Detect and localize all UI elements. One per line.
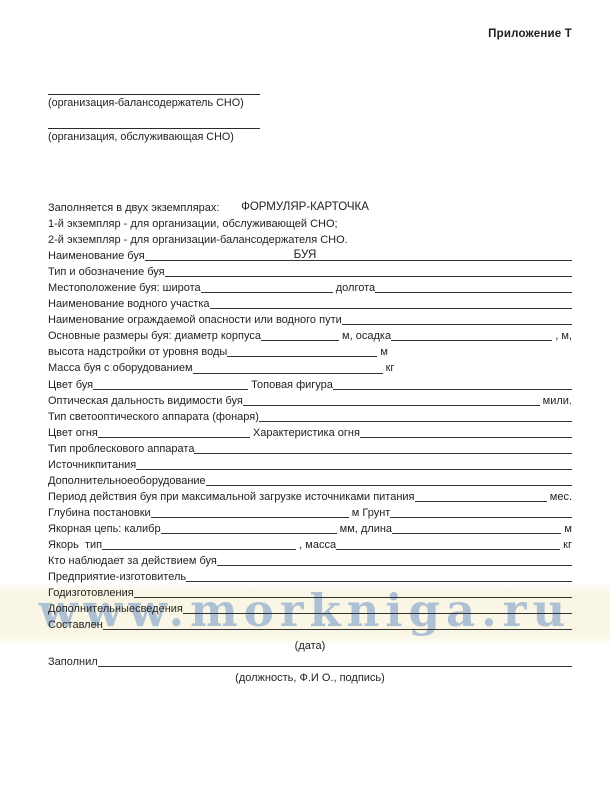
form-line: Якорная цепь: калибр мм, длина м <box>48 521 572 537</box>
form-line: 2-й экземпляр - для организации-балансод… <box>48 232 572 248</box>
organization-block: (организация-балансодержатель СНО) (орга… <box>48 94 260 162</box>
org-caption-servicing: (организация, обслуживающая СНО) <box>48 131 260 144</box>
form-line: высота надстройки от уровня воды м <box>48 344 572 360</box>
field-label: мили. <box>540 393 572 409</box>
form-line: 1-й экземпляр - для организации, обслужи… <box>48 216 572 232</box>
field-blank <box>390 507 572 518</box>
field-blank <box>375 282 572 293</box>
field-label: м <box>377 344 388 360</box>
form-line: Предприятие-изготовитель <box>48 569 572 585</box>
form-line: Глубина постановки м Грунт <box>48 505 572 521</box>
field-blank <box>201 282 333 293</box>
form-line: Наименование буя <box>48 248 572 264</box>
field-blank <box>151 507 349 518</box>
appendix-note: Приложение Т <box>488 28 572 40</box>
field-blank <box>392 523 561 534</box>
form-line: Оптическая дальность видимости буя мили. <box>48 393 572 409</box>
field-blank <box>217 555 572 566</box>
field-label: Топовая фигура <box>248 377 333 393</box>
field-label: кг <box>560 537 572 553</box>
field-blank <box>194 443 572 454</box>
field-blank <box>261 330 339 341</box>
form-line: Заполняется в двух экземплярах: <box>48 200 572 216</box>
form-line: Период действия буя при максимальной заг… <box>48 489 572 505</box>
field-label: Дополнительноеоборудование <box>48 473 206 489</box>
field-label: Глубина постановки <box>48 505 151 521</box>
org-caption-balance-holder: (организация-балансодержатель СНО) <box>48 97 260 110</box>
field-blank <box>136 459 572 470</box>
field-label: мес. <box>547 489 572 505</box>
field-blank <box>360 427 572 438</box>
field-label: Тип светооптического аппарата (фонаря) <box>48 409 259 425</box>
field-blank <box>259 411 572 422</box>
field-label: Наименование водного участка <box>48 296 210 312</box>
field-blank <box>186 571 572 582</box>
form-line: Основные размеры буя: диаметр корпуса м,… <box>48 328 572 344</box>
field-label: долгота <box>333 280 375 296</box>
field-blank <box>243 395 540 406</box>
field-label: Якорная цепь: калибр <box>48 521 161 537</box>
form-line: Наименование ограждаемой опасности или в… <box>48 312 572 328</box>
form-line: Кто наблюдает за действием буя <box>48 553 572 569</box>
field-label: м Грунт <box>349 505 391 521</box>
form-line: Годизготовления <box>48 585 572 601</box>
form-line: Масса буя с оборудованием кг <box>48 360 572 376</box>
form-line: Цвет огня Характеристика огня <box>48 425 572 441</box>
field-blank <box>134 587 572 598</box>
field-blank <box>102 539 296 550</box>
field-label: Составлен <box>48 617 103 633</box>
form-caption-line: (дата) <box>48 638 572 654</box>
field-label: 2-й экземпляр - для организации-балансод… <box>48 232 348 248</box>
field-label: кг <box>383 360 395 376</box>
form-line: Тип и обозначение буя <box>48 264 572 280</box>
field-blank <box>415 491 547 502</box>
field-blank <box>145 250 572 261</box>
field-label: Цвет огня <box>48 425 98 441</box>
field-blank <box>227 346 377 357</box>
field-blank <box>206 475 572 486</box>
field-blank <box>93 379 248 390</box>
field-label: (дата) <box>295 638 326 654</box>
field-label: Цвет буя <box>48 377 93 393</box>
form-line: Тип проблескового аппарата <box>48 441 572 457</box>
form-caption-line: (должность, Ф.И О., подпись) <box>48 670 572 686</box>
field-label: Источникпитания <box>48 457 136 473</box>
field-label: , масса <box>296 537 336 553</box>
field-blank <box>103 619 572 630</box>
field-label: Годизготовления <box>48 585 134 601</box>
field-label: , м, <box>552 328 572 344</box>
form-line: Наименование водного участка <box>48 296 572 312</box>
field-label: Оптическая дальность видимости буя <box>48 393 243 409</box>
form-body: Заполняется в двух экземплярах:1-й экзем… <box>48 200 572 686</box>
field-blank <box>98 656 572 667</box>
org-entry: (организация-балансодержатель СНО) <box>48 94 260 110</box>
field-label: высота надстройки от уровня воды <box>48 344 227 360</box>
field-blank <box>336 539 560 550</box>
field-blank <box>391 330 552 341</box>
field-label: Период действия буя при максимальной заг… <box>48 489 415 505</box>
field-blank <box>333 379 572 390</box>
field-label: Масса буя с оборудованием <box>48 360 193 376</box>
field-label: Дополнительныесведения <box>48 601 183 617</box>
field-blank <box>342 314 572 325</box>
field-label: Наименование ограждаемой опасности или в… <box>48 312 342 328</box>
field-label: Предприятие-изготовитель <box>48 569 186 585</box>
org-entry: (организация, обслуживающая СНО) <box>48 128 260 144</box>
form-line: Дополнительныесведения <box>48 601 572 617</box>
field-label: Основные размеры буя: диаметр корпуса <box>48 328 261 344</box>
field-label: м <box>561 521 572 537</box>
field-blank <box>210 298 572 309</box>
field-label: Якорь тип <box>48 537 102 553</box>
field-label: Кто наблюдает за действием буя <box>48 553 217 569</box>
document-page: Приложение Т (организация-балансодержате… <box>0 0 610 800</box>
form-line: Дополнительноеоборудование <box>48 473 572 489</box>
form-line: Цвет буя Топовая фигура <box>48 377 572 393</box>
form-line: Составлен <box>48 617 572 633</box>
field-label: Заполняется в двух экземплярах: <box>48 200 219 216</box>
signature-rule <box>48 94 260 95</box>
field-label: м, осадка <box>339 328 391 344</box>
field-blank <box>193 363 383 374</box>
form-line: Местоположение буя: широта долгота <box>48 280 572 296</box>
field-blank <box>183 603 572 614</box>
form-line: Заполнил <box>48 654 572 670</box>
field-label: Заполнил <box>48 654 98 670</box>
field-blank <box>98 427 250 438</box>
field-label: Местоположение буя: широта <box>48 280 201 296</box>
field-blank <box>161 523 337 534</box>
form-line: Источникпитания <box>48 457 572 473</box>
field-label: (должность, Ф.И О., подпись) <box>235 670 385 686</box>
field-label: мм, длина <box>337 521 392 537</box>
field-blank <box>165 266 572 277</box>
field-label: Характеристика огня <box>250 425 360 441</box>
signature-rule <box>48 128 260 129</box>
form-line: Якорь тип , масса кг <box>48 537 572 553</box>
field-label: Тип проблескового аппарата <box>48 441 194 457</box>
field-label: 1-й экземпляр - для организации, обслужи… <box>48 216 338 232</box>
field-label: Наименование буя <box>48 248 145 264</box>
field-label: Тип и обозначение буя <box>48 264 165 280</box>
form-line: Тип светооптического аппарата (фонаря) <box>48 409 572 425</box>
